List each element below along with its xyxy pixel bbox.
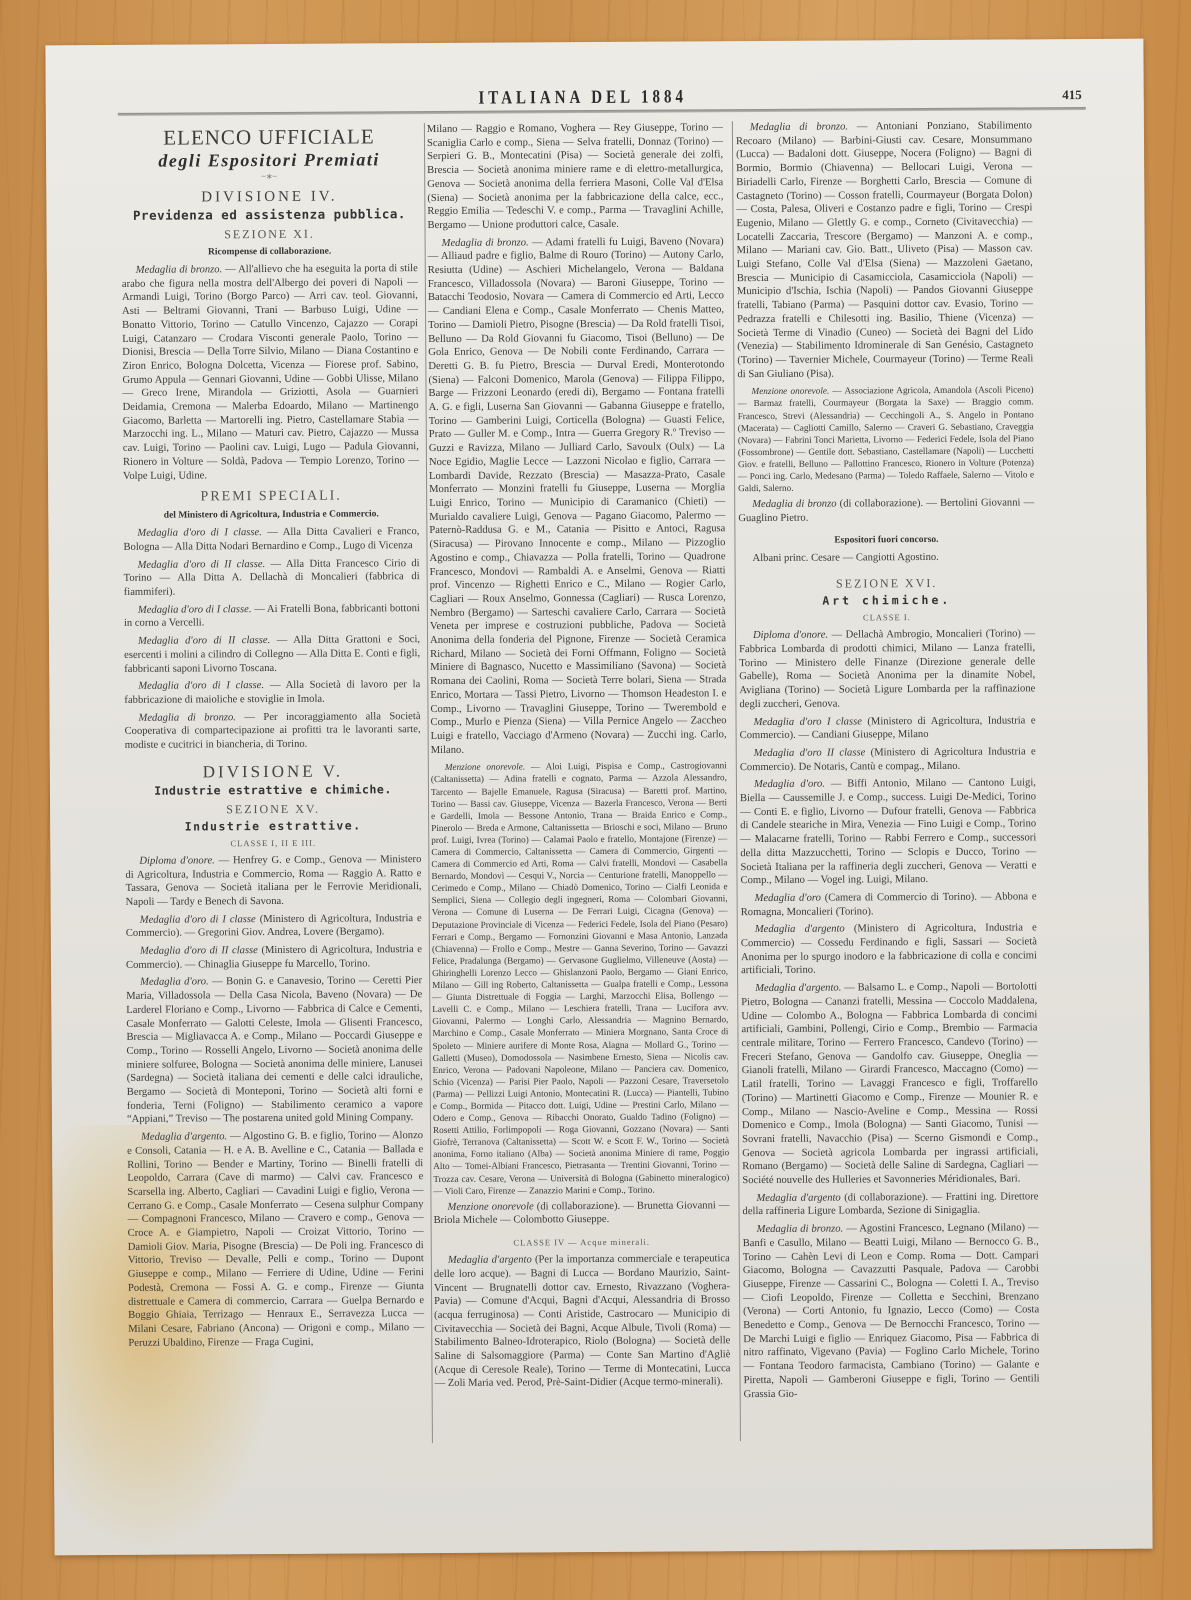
award-type: Medaglia d'oro di I classe.	[137, 527, 262, 539]
section-heading: SEZIONE XV.	[125, 799, 421, 819]
award-paragraph: Medaglia d'argento (Per la importanza co…	[434, 1252, 731, 1391]
award-paragraph: Medaglia di bronzo (di collaborazione). …	[738, 497, 1034, 526]
award-type: Medaglia d'oro.	[140, 977, 209, 988]
award-recipients: — Balsamo L. e Comp., Napoli — Bortolott…	[741, 982, 1038, 1187]
award-paragraph: Diploma d'onore. — Dellachà Ambrogio, Mo…	[739, 628, 1035, 712]
award-paragraph: Medaglia d'oro di II classe. — Alla Ditt…	[124, 557, 420, 600]
award-type: Medaglia d'oro II classe	[754, 747, 866, 759]
award-type: Medaglia di bronzo	[752, 499, 836, 511]
section-subtitle: Ricompense di collaborazione.	[122, 244, 418, 260]
award-type: Medaglia d'oro I classe	[754, 716, 862, 728]
award-type: Medaglia di bronzo.	[750, 121, 848, 133]
award-type: Medaglia d'oro di II classe	[140, 945, 258, 957]
award-type: Medaglia d'oro di I classe	[140, 914, 256, 926]
award-recipients: Milano — Raggio e Romano, Voghera — Rey …	[427, 122, 724, 231]
award-paragraph: Medaglia d'oro I classe (Ministero di Ag…	[740, 714, 1036, 743]
award-recipients: — Adami fratelli fu Luigi, Baveno (Novar…	[428, 236, 727, 756]
award-paragraph: Medaglia di bronzo. — Per incoraggiament…	[124, 710, 420, 753]
award-paragraph: Medaglia d'oro di I classe. — Alla Socie…	[124, 678, 420, 707]
award-paragraph: Medaglia di bronzo. — All'allievo che ha…	[122, 262, 419, 483]
section-subtitle: del Ministero di Agricoltura, Industria …	[123, 507, 419, 523]
section-subtitle: Industrie estrattive.	[125, 817, 421, 835]
award-paragraph: Medaglia d'argento (Ministero di Agricol…	[741, 922, 1037, 979]
award-recipients: (Per la importanza commerciale e terapeu…	[434, 1253, 731, 1389]
award-type: Menzione onorevole	[447, 1201, 533, 1213]
award-paragraph: Menzione onorevole. — Associazione Agric…	[737, 384, 1034, 495]
award-recipients: Albani princ. Cesare — Cangiotti Agostin…	[753, 552, 939, 564]
award-paragraph: Medaglia d'oro. — Bonin G. e Canavesio, …	[126, 975, 423, 1128]
award-recipients: — Algostino G. B. e figlio, Torino — Alo…	[127, 1130, 424, 1348]
award-paragraph: Medaglia d'oro. — Biffi Antonio, Milano …	[740, 777, 1037, 888]
award-paragraph: Medaglia d'oro di II classe (Ministero d…	[126, 943, 422, 972]
award-type: Medaglia d'oro di II classe.	[138, 559, 266, 571]
running-header: ITALIANA DEL 1884 415	[118, 87, 1048, 121]
column-3: Medaglia di bronzo. — Antoniani Ponziano…	[736, 119, 1040, 1405]
award-type: Medaglia d'argento	[756, 1192, 840, 1204]
list-title: ELENCO UFFICIALE	[121, 125, 417, 150]
award-type: Medaglia di bronzo.	[138, 712, 235, 724]
award-type: Medaglia d'argento.	[141, 1131, 227, 1143]
section-heading: SEZIONE XI.	[122, 224, 418, 244]
award-paragraph: Menzione onorevole (di collaborazione). …	[433, 1199, 729, 1228]
award-recipients: — All'allievo che ha eseguita la porta d…	[122, 263, 419, 481]
award-type: Medaglia d'oro	[755, 893, 821, 904]
award-recipients: — Antoniani Ponziano, Stabilimento Recoa…	[736, 120, 1033, 379]
award-type: Medaglia d'oro.	[754, 779, 825, 790]
award-type: Medaglia d'argento.	[755, 983, 841, 995]
newspaper-page: ITALIANA DEL 1884 415 ELENCO UFFICIALE d…	[45, 39, 1152, 1556]
award-paragraph: Menzione onorevole. — Aloi Luigi, Pispis…	[431, 760, 730, 1197]
list-subtitle: degli Espositori Premiati	[121, 148, 417, 172]
award-type: Diploma d'onore.	[753, 630, 828, 641]
award-type: Medaglia d'oro di I classe.	[138, 604, 252, 616]
award-type: Diploma d'onore.	[139, 855, 214, 866]
award-paragraph: Medaglia d'argento (di collaborazione). …	[742, 1190, 1038, 1219]
award-recipients: — Agostini Francesco, Legnano (Milano) —…	[743, 1222, 1040, 1399]
award-paragraph: Albani princ. Cesare — Cangiotti Agostin…	[739, 550, 1035, 566]
award-paragraph: Medaglia d'oro di I classe. — Alla Ditta…	[123, 525, 419, 554]
award-paragraph: Medaglia d'oro di II classe. — Alla Ditt…	[124, 633, 420, 676]
division-subtitle: Previdenza ed assistenza pubblica.	[121, 206, 417, 224]
award-paragraph: Medaglia d'oro di I classe. — Ai Fratell…	[124, 602, 420, 631]
class-heading: CLASSE I, II E III.	[125, 835, 421, 851]
section-heading: PREMI SPECIALI.	[123, 487, 419, 507]
award-paragraph-continued: Milano — Raggio e Romano, Voghera — Rey …	[427, 121, 724, 232]
section-subtitle: Espositori fuori concorso.	[738, 532, 1034, 548]
column-1: ELENCO UFFICIALE degli Espositori Premia…	[121, 123, 425, 1354]
award-paragraph: Medaglia di bronzo. — Adami fratelli fu …	[428, 235, 727, 758]
award-type: Medaglia d'argento	[448, 1255, 532, 1267]
award-type: Medaglia d'oro di I classe.	[138, 680, 264, 692]
award-type: Medaglia d'argento	[755, 924, 845, 936]
award-paragraph: Medaglia d'oro (Camera di Commercio di T…	[741, 890, 1037, 919]
award-paragraph: Medaglia d'oro II classe (Ministero di A…	[740, 745, 1036, 774]
division-heading: DIVISIONE V.	[125, 761, 421, 783]
class-heading: CLASSE I.	[739, 610, 1035, 626]
award-paragraph: Diploma d'onore. — Henfrey G. e Comp., G…	[125, 853, 421, 910]
section-heading: SEZIONE XVI.	[739, 574, 1035, 594]
division-heading: DIVISIONE IV.	[121, 186, 417, 208]
award-type: Menzione onorevole.	[751, 386, 829, 396]
column-2: Milano — Raggio e Romano, Voghera — Rey …	[427, 121, 731, 1395]
award-type: Medaglia d'oro di II classe.	[138, 635, 270, 647]
award-paragraph: Medaglia d'argento. — Algostino G. B. e …	[127, 1129, 424, 1350]
award-paragraph: Medaglia d'oro di I classe (Ministero di…	[126, 912, 422, 941]
page-number: 415	[1062, 87, 1082, 103]
award-type: Menzione onorevole.	[445, 762, 525, 772]
award-paragraph: Medaglia di bronzo. — Agostini Francesco…	[743, 1221, 1040, 1401]
class-heading: CLASSE IV — Acque minerali.	[434, 1234, 730, 1250]
division-subtitle: Industrie estrattive e chimiche.	[125, 781, 421, 799]
award-type: Medaglia di bronzo.	[442, 237, 529, 249]
award-recipients: — Aloi Luigi, Pispisa e Comp., Castrogio…	[431, 761, 729, 1196]
section-subtitle: Art chimiche.	[739, 592, 1035, 610]
award-recipients: — Biffi Antonio, Milano — Cantono Luigi,…	[740, 778, 1036, 887]
award-type: Medaglia di bronzo.	[136, 264, 223, 276]
award-recipients: — Associazione Agricola, Amandola (Ascol…	[738, 385, 1034, 494]
award-paragraph: Medaglia di bronzo. — Antoniani Ponziano…	[736, 119, 1034, 381]
award-paragraph: Medaglia d'argento. — Balsamo L. e Comp.…	[741, 981, 1038, 1188]
ornament-divider: ~∗~	[121, 170, 417, 184]
award-type: Medaglia di bronzo.	[757, 1224, 844, 1236]
award-recipients: — Bonin G. e Canavesio, Torino — Ceretti…	[126, 976, 423, 1126]
